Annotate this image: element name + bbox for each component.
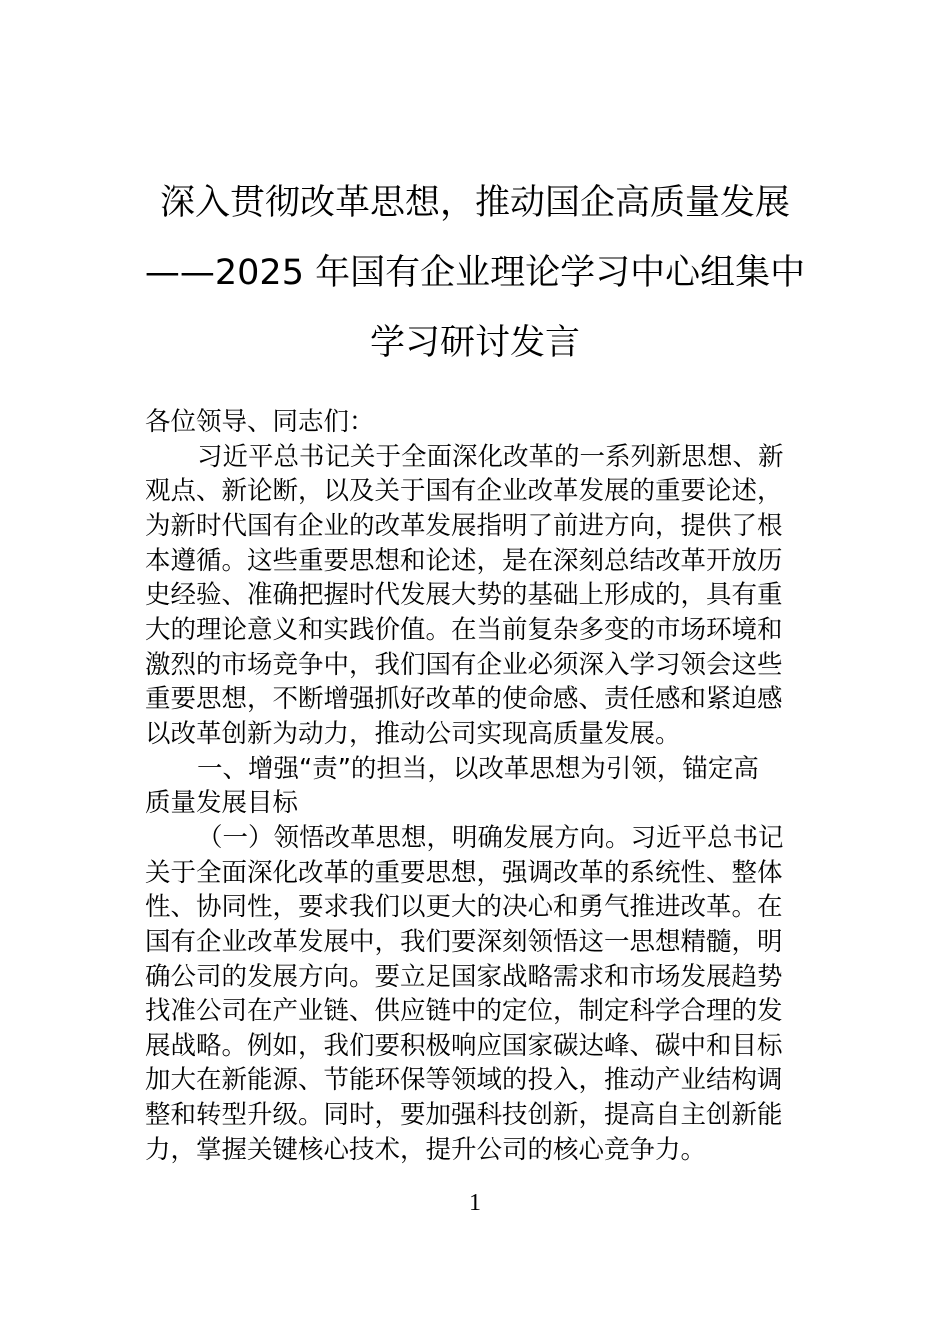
paragraph-line: 重要思想，不断增强抓好改革的使命感、责任感和紧迫感: [145, 682, 807, 717]
paragraph-line: 观点、新论断，以及关于国有企业改革发展的重要论述，: [145, 474, 807, 509]
paragraph-line: 以改革创新为动力，推动公司实现高质量发展。: [145, 717, 807, 752]
paragraph-line: 本遵循。这些重要思想和论述，是在深刻总结改革开放历: [145, 544, 807, 579]
paragraph-line: 习近平总书记关于全面深化改革的一系列新思想、新: [145, 440, 807, 475]
document-title: 深入贯彻改革思想，推动国企高质量发展 ——2025 年国有企业理论学习中心组集中…: [140, 168, 810, 378]
page-number: 1: [0, 1188, 950, 1218]
paragraph-line: 力，掌握关键核心技术，提升公司的核心竞争力。: [145, 1133, 807, 1168]
title-line-3: 学习研讨发言: [140, 308, 810, 378]
paragraph-line: 整和转型升级。同时，要加强科技创新，提高自主创新能: [145, 1098, 807, 1133]
paragraph-line: 大的理论意义和实践价值。在当前复杂多变的市场环境和: [145, 613, 807, 648]
heading-line: 一、增强“责”的担当，以改革思想为引领，锚定高: [145, 752, 807, 787]
subsection-paragraph: （一）领悟改革思想，明确发展方向。习近平总书记 关于全面深化改革的重要思想，强调…: [145, 821, 807, 1168]
paragraph-line: 性、协同性，要求我们以更大的决心和勇气推进改革。在: [145, 890, 807, 925]
document-page: 深入贯彻改革思想，推动国企高质量发展 ——2025 年国有企业理论学习中心组集中…: [0, 0, 950, 1344]
document-body: 各位领导、同志们： 习近平总书记关于全面深化改革的一系列新思想、新 观点、新论断…: [145, 405, 807, 1167]
paragraph-line: 为新时代国有企业的改革发展指明了前进方向，提供了根: [145, 509, 807, 544]
section-heading: 一、增强“责”的担当，以改革思想为引领，锚定高 质量发展目标: [145, 752, 807, 821]
paragraph-line: 关于全面深化改革的重要思想，强调改革的系统性、整体: [145, 856, 807, 891]
salutation: 各位领导、同志们：: [145, 405, 807, 440]
paragraph-line: 激烈的市场竞争中，我们国有企业必须深入学习领会这些: [145, 648, 807, 683]
paragraph-line: （一）领悟改革思想，明确发展方向。习近平总书记: [145, 821, 807, 856]
title-line-2: ——2025 年国有企业理论学习中心组集中: [140, 238, 810, 308]
paragraph-line: 确公司的发展方向。要立足国家战略需求和市场发展趋势: [145, 960, 807, 995]
intro-paragraph: 习近平总书记关于全面深化改革的一系列新思想、新 观点、新论断，以及关于国有企业改…: [145, 440, 807, 752]
paragraph-line: 国有企业改革发展中，我们要深刻领悟这一思想精髓，明: [145, 925, 807, 960]
heading-line: 质量发展目标: [145, 786, 807, 821]
paragraph-line: 史经验、准确把握时代发展大势的基础上形成的，具有重: [145, 578, 807, 613]
title-line-1: 深入贯彻改革思想，推动国企高质量发展: [140, 168, 810, 238]
paragraph-line: 加大在新能源、节能环保等领域的投入，推动产业结构调: [145, 1063, 807, 1098]
paragraph-line: 找准公司在产业链、供应链中的定位，制定科学合理的发: [145, 994, 807, 1029]
paragraph-line: 展战略。例如，我们要积极响应国家碳达峰、碳中和目标: [145, 1029, 807, 1064]
